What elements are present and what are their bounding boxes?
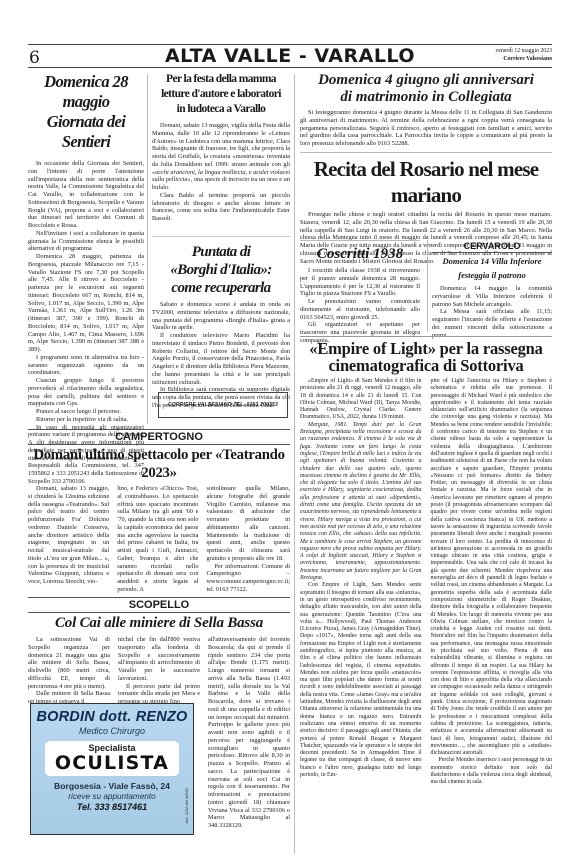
- paragraph: pire of Light l'amicizia tra Hilary e St…: [431, 378, 553, 757]
- ad-doctor-name: BORDIN dott. RENZO: [31, 709, 193, 725]
- headline-cervarolo-2: festeggia il patrono: [432, 268, 552, 282]
- column-divider: [147, 74, 148, 424]
- ad-authorization: Aut. 1102 del 4/6/92: [184, 788, 189, 824]
- paragraph: Pranzo al sacco lungo il percorso.: [28, 408, 144, 416]
- divider: [300, 336, 552, 337]
- paper-name: Corriere Valsesiano: [495, 55, 552, 63]
- ad-specialty-panel: Specialista OCULISTA: [45, 741, 179, 776]
- article-empire: «Empire of Light» per la rassegna cinema…: [300, 340, 552, 787]
- article-borghi: Puntata di «Borghi d'Italia»: come recup…: [152, 243, 290, 410]
- article-sentieri: Domenica 28 maggio Giornata dei Sentieri…: [28, 72, 144, 486]
- headline-ludoteca-2: letture d'autore e laboratori: [152, 87, 290, 102]
- doctor-advertisement: BORDIN dott. RENZO Medico Chirurgo Speci…: [30, 703, 194, 835]
- paragraph: Domenica 14 maggio la comunità cervarole…: [432, 285, 552, 308]
- headline-sentieri-2: Giornata dei Sentieri: [28, 112, 144, 152]
- ad-appointment: riceve su appuntamento: [31, 792, 193, 801]
- paragraph: In occasione della Giornata dei Sentieri…: [28, 160, 144, 230]
- text-column: «Empire of Light» di Sam Mendes è il fil…: [300, 378, 422, 787]
- kicker-cervarolo: CERVAROLO: [432, 240, 552, 253]
- paragraph: I coscritti della classe 1938 si ritrove…: [300, 267, 420, 298]
- divider: [152, 236, 290, 237]
- text-column: sottolineare quella Milano, alcune fotog…: [206, 485, 290, 594]
- article-anniversari: Domenica 4 giugno gli anniversari di mat…: [300, 72, 552, 148]
- headline-rosario: Recita del Rosario nel mese mariano: [300, 156, 552, 208]
- paragraph: Ritorno per la rispettive via di salita.: [28, 416, 144, 424]
- paragraph: nichel che fin dall'800 veniva trasporta…: [118, 636, 200, 683]
- column-divider: [294, 74, 295, 854]
- headline-borghi-1: Puntata di: [152, 243, 290, 261]
- paragraph: Clara Baldo al termine proporrà un picco…: [152, 192, 290, 223]
- text-column: lino, e Federico «Chicco» Tosi, al contr…: [117, 485, 198, 594]
- kicker-campertogno: CAMPERTOGNO: [28, 429, 290, 445]
- divider: [300, 240, 420, 241]
- column-divider: [427, 240, 428, 332]
- paragraph: sottolineare quella Milano, alcune fotog…: [206, 485, 290, 563]
- divider: [300, 152, 552, 153]
- paragraph: lino, e Federico «Chicco» Tosi, al contr…: [117, 485, 198, 594]
- paragraph: Nell'invitare i soci a collaborare in qu…: [28, 230, 144, 253]
- paragraph: Domani, sabato 13 maggio, vigilia della …: [152, 122, 290, 192]
- newspaper-page: 6 ALTA VALLE - VARALLO venerdì 12 maggio…: [0, 0, 580, 860]
- phone-notice: CORRIERE VALSESIANO TEL. 0163 200353: [168, 402, 278, 408]
- paragraph: Perché Mendes inserisce i suoi personagg…: [431, 757, 553, 786]
- headline-ludoteca-1: Per la festa della mamma: [152, 72, 290, 87]
- article-body: I coscritti della classe 1938 si ritrove…: [300, 267, 420, 345]
- headline-borghi-3: come recuperarla: [152, 279, 290, 297]
- kicker-scopello: SCOPELLO: [28, 597, 290, 613]
- article-body: Domenica 14 maggio la comunità cervarole…: [432, 285, 552, 339]
- paragraph: Il conduttore televisivo Mario Placidini…: [152, 332, 290, 386]
- text-run: Domani, sabato 13 maggio, vigilia della …: [152, 122, 290, 168]
- paragraph: Le prenotazioni vanno comunicate diretta…: [300, 298, 420, 321]
- article-campertogno: Domani ultimo spettacolo per «Teatrando …: [28, 446, 290, 594]
- phone-notice-box: CORRIERE VALSESIANO TEL. 0163 200353: [158, 392, 288, 418]
- paragraph: Per informazioni: Comune di Campertogno …: [206, 563, 290, 594]
- paragraph: Margate, 1981. Tempi duri per la Gran Br…: [300, 422, 422, 583]
- headline-campertogno: Domani ultimo spettacolo per «Teatrando …: [28, 446, 290, 482]
- paragraph: Domenica 28 maggio, partenza da Borgoses…: [28, 253, 144, 354]
- headline-anniversari-1: Domenica 4 giugno gli anniversari: [300, 72, 552, 89]
- article-body: Domani, sabato 13 maggio, vigilia della …: [152, 122, 290, 223]
- dateline: venerdì 12 maggio 2023 Corriere Valsesia…: [495, 47, 552, 63]
- ad-address: Borgosesia - Viale Fassò, 24: [31, 781, 193, 791]
- ad-specialty: OCULISTA: [45, 753, 179, 774]
- article-body: «Empire of Light» di Sam Mendes è il fil…: [300, 378, 552, 787]
- article-ludoteca: Per la festa della mamma letture d'autor…: [152, 72, 290, 223]
- headline-scopello: Col Cai alle miniere di Sella Bassa: [28, 614, 290, 632]
- paragraph: Ciascun gruppo lungo il percorso provved…: [28, 377, 144, 408]
- headline-borghi-2: «Borghi d'Italia»:: [152, 261, 290, 279]
- article-body: Domani, sabato 13 maggio, si chiuderà la…: [28, 485, 290, 594]
- article-coscritti: Coscritti 1938 I coscritti della classe …: [300, 244, 420, 345]
- headline-sentieri-1: Domenica 28 maggio: [28, 72, 144, 112]
- paragraph: «Empire of Light» di Sam Mendes è il fil…: [300, 378, 422, 422]
- article-cervarolo: Domenica 14 Villa Inferiore festeggia il…: [432, 254, 552, 339]
- issue-date: venerdì 12 maggio 2023: [495, 47, 552, 55]
- headline-anniversari-2: di matrimonio in Collegiata: [300, 89, 552, 106]
- paragraph: all'attraversamento del torrente Boscaro…: [208, 636, 290, 830]
- paragraph: Si festeggeranno domenica 4 giugno duran…: [300, 109, 552, 148]
- headline-cervarolo-1: Domenica 14 Villa Inferiore: [432, 254, 552, 268]
- headline-empire-2: cinematografica di Sottoriva: [300, 357, 552, 374]
- text-column: Domani, sabato 13 maggio, si chiuderà la…: [28, 485, 109, 594]
- headline-empire-1: «Empire of Light» per la rassegna: [300, 340, 552, 357]
- text-column: pire of Light l'amicizia tra Hilary e St…: [431, 378, 553, 787]
- paragraph: Con Empire of Light, Sam Mendes sente so…: [300, 582, 422, 779]
- headline-coscritti: Coscritti 1938: [300, 244, 420, 264]
- masthead: 6 ALTA VALLE - VARALLO venerdì 12 maggio…: [28, 44, 552, 68]
- headline-ludoteca-3: in ludoteca a Varallo: [152, 102, 290, 117]
- section-title: ALTA VALLE - VARALLO: [28, 45, 552, 68]
- article-body: Si festeggeranno domenica 4 giugno duran…: [300, 109, 552, 148]
- text-column: all'attraversamento del torrente Boscaro…: [208, 636, 290, 830]
- paragraph: Sabato e domenica scorsi è andata in ond…: [152, 301, 290, 332]
- paragraph: Domani, sabato 13 maggio, si chiuderà la…: [28, 485, 109, 586]
- paragraph: I programmi sono in alternativa tra loro…: [28, 354, 144, 377]
- paragraph: La Messa sarà officiata alle 11,15; segu…: [432, 308, 552, 339]
- ad-phone: Tel. 333 8517461: [31, 802, 193, 812]
- ad-role: Medico Chirurgo: [31, 726, 193, 736]
- paragraph: La sottosezione Vai di Scopello organizz…: [28, 636, 110, 690]
